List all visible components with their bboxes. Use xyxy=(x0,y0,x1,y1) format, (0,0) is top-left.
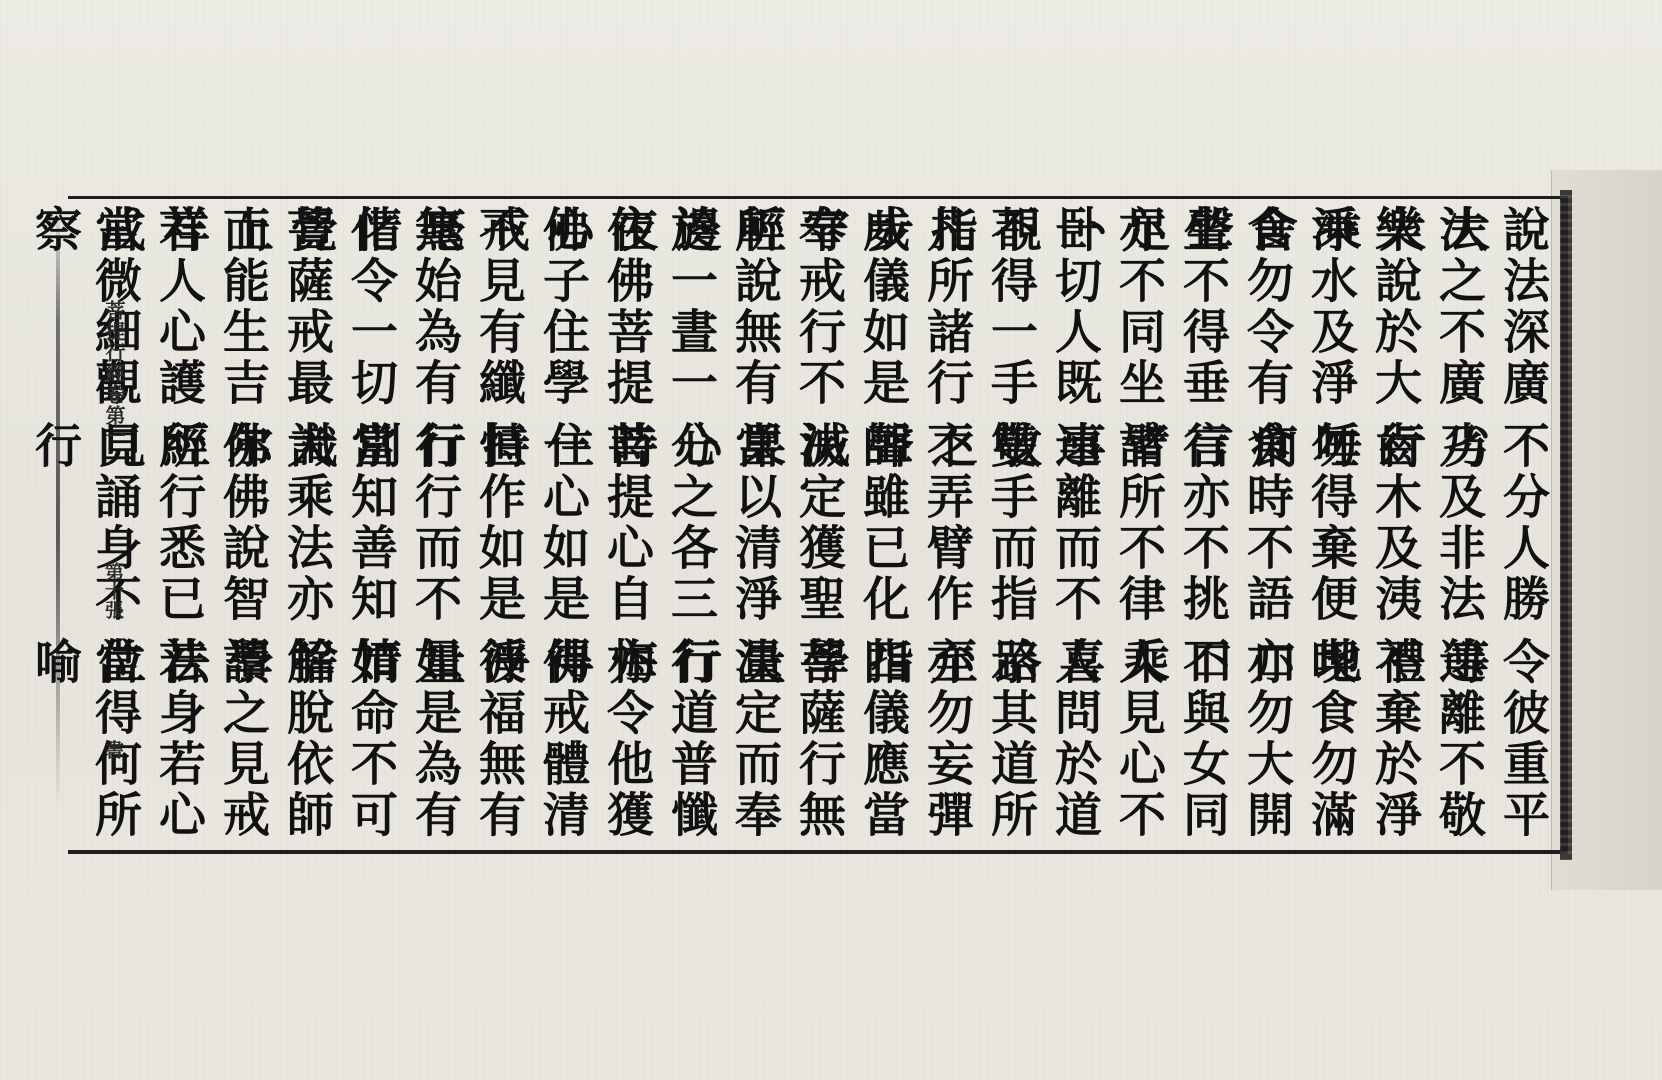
text-column: 所說無有邊當以清淨心決定而奉行 xyxy=(724,205,784,845)
text-column: 樂說於大乘齒木及洟唾不棄於淨地 xyxy=(1364,205,1424,845)
text-column: 若人心護戒所行悉已見若身若心位 xyxy=(148,205,208,845)
text-column: 淨水及淨舍勿得棄便痢喫食勿滿口 xyxy=(1300,205,1360,845)
print-frame-right-edge xyxy=(1560,190,1572,860)
text-column: 住佛菩提心菩提心自住亦令他獲得 xyxy=(596,205,656,845)
left-margin-line xyxy=(56,205,60,805)
text-column: 威儀如是守師雖已化滅四儀應當學 xyxy=(852,205,912,845)
marginal-title: 菩提行經卷第一 xyxy=(100,300,129,447)
text-column: 佛子住學戒一心如是持佛戒體清淨 xyxy=(532,205,592,845)
text-column: 不得一手指雙手而指之示其道所至 xyxy=(980,205,1040,845)
text-column: 菩薩戒最上大乘法亦尔解脫依師學 xyxy=(276,205,336,845)
text-column: 於一晝一夜分之各三時行道普懺悔 xyxy=(660,205,720,845)
text-column: 法之不廣大乃及非法行遠離不敬禮 xyxy=(1428,205,1488,845)
text-column: 不見有纖毫恒作如是行彼福無有量 xyxy=(468,205,528,845)
verse-phrase: 令彼重平等 xyxy=(1492,637,1552,845)
text-column: 奉戒行不輕決定獲聖果菩薩行無量 xyxy=(788,205,848,845)
text-column: 而能生吉祥佛佛說智經讀之見戒法 xyxy=(212,205,272,845)
text-column: 凡所諸行步不弄臂作聲亦勿妄彈指 xyxy=(916,205,976,845)
text-column: 說法深廣大不分人勝劣令彼重平等 xyxy=(1492,205,1552,845)
verse-phrase: 不分人勝劣 xyxy=(1492,421,1552,629)
text-column: 一切人既覩遠離而不敬人問於道路 xyxy=(1044,205,1104,845)
text-columns: 說法深廣大不分人勝劣令彼重平等法之不廣大乃及非法行遠離不敬禮樂說於大乘齒木及洟唾… xyxy=(78,205,1558,845)
text-column: 坐不得垂足行亦不挑臂不與女同乘 xyxy=(1172,205,1232,845)
text-column: 亦不同坐卧諸所不律事人見心不喜 xyxy=(1108,205,1168,845)
marginal-carver: 書 xyxy=(100,740,127,759)
marginal-sheet-number: 第十張 xyxy=(100,562,127,619)
text-column: 食勿令有聲食時不語言亦勿大開口 xyxy=(1236,205,1296,845)
verse-phrase: 說法深廣大 xyxy=(1492,205,1552,413)
text-column: 化令一切覺當知善知識如命不可捨 xyxy=(340,205,400,845)
text-column: 無始為有情行行而不別如是為有情 xyxy=(404,205,464,845)
